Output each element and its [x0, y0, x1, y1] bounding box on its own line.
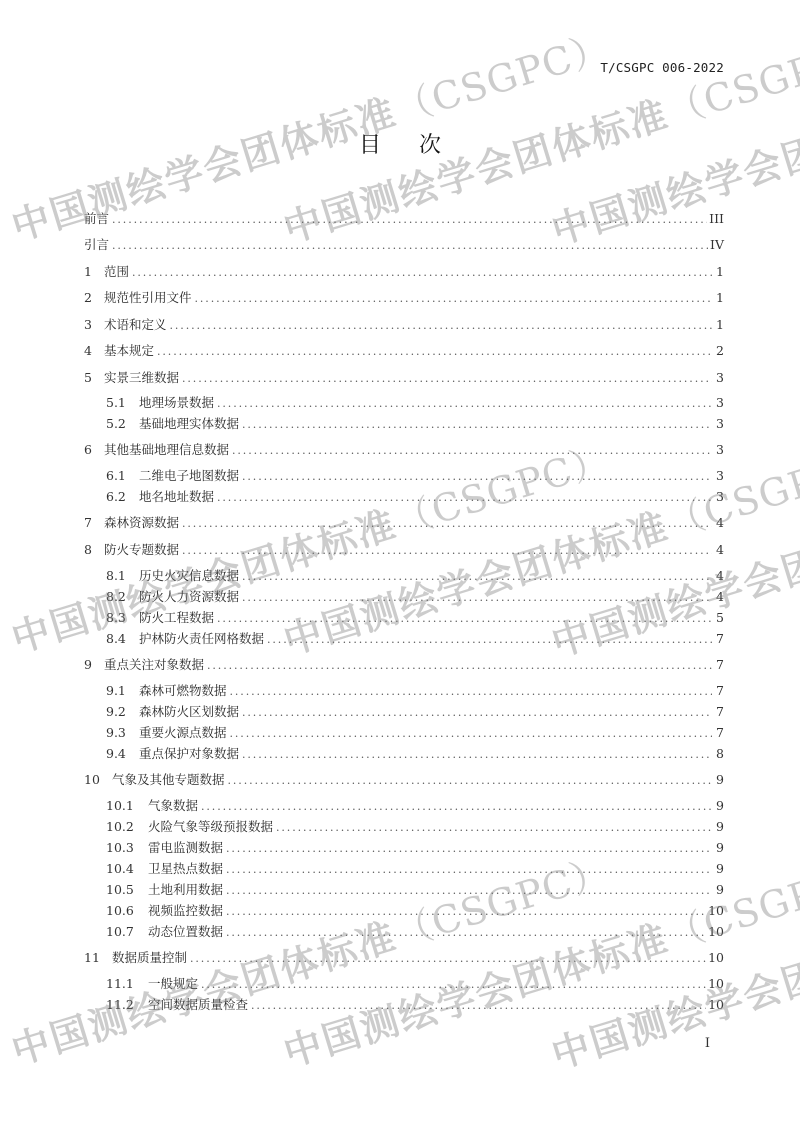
toc-leader-dots: ........................................… — [132, 265, 712, 281]
toc-entry[interactable]: 6.1二维电子地图数据.............................… — [106, 468, 724, 484]
toc-leader-dots: ........................................… — [201, 977, 706, 993]
toc-entry-page: 7 — [714, 631, 724, 647]
toc-leader-dots: ........................................… — [242, 705, 712, 721]
toc-entry[interactable]: 前言......................................… — [84, 211, 724, 227]
toc-entry-label: 二维电子地图数据 — [139, 468, 239, 484]
toc-entry-page: 7 — [714, 725, 724, 741]
toc-entry-label: 基本规定 — [104, 343, 154, 359]
toc-entry-page: 3 — [714, 370, 724, 386]
toc-entry[interactable]: 5实景三维数据.................................… — [84, 370, 724, 386]
toc-entry[interactable]: 5.2基础地理实体数据.............................… — [106, 416, 724, 432]
toc-entry-page: 2 — [714, 343, 724, 359]
toc-leader-dots: ........................................… — [190, 951, 706, 967]
toc-entry-label: 术语和定义 — [104, 317, 167, 333]
toc-entry-label: 气象数据 — [148, 798, 198, 814]
toc-entry-label: 气象及其他专题数据 — [112, 772, 225, 788]
toc-entry-label: 防火专题数据 — [104, 542, 179, 558]
toc-leader-dots: ........................................… — [242, 569, 712, 585]
toc-entry[interactable]: 8防火专题数据.................................… — [84, 542, 724, 558]
toc-entry-page: 7 — [714, 704, 724, 720]
toc-entry-number: 3 — [84, 317, 104, 333]
toc-entry-number: 8.4 — [106, 631, 139, 647]
toc-entry-number: 5 — [84, 370, 104, 386]
toc-entry[interactable]: 10气象及其他专题数据.............................… — [84, 772, 724, 788]
toc-entry[interactable]: 10.2火险气象等级预报数据..........................… — [106, 819, 724, 835]
toc-entry[interactable]: 8.4护林防火责任网格数据...........................… — [106, 631, 724, 647]
toc-leader-dots: ........................................… — [112, 212, 707, 228]
toc-entry-label: 基础地理实体数据 — [139, 416, 239, 432]
toc-entry-number: 10.3 — [106, 840, 148, 856]
toc-entry[interactable]: 8.3防火工程数据...............................… — [106, 610, 724, 626]
toc-entry-page: 8 — [714, 746, 724, 762]
toc-entry-label: 森林防火区划数据 — [139, 704, 239, 720]
toc-entry-number: 10 — [84, 772, 112, 788]
toc-entry-label: 规范性引用文件 — [104, 290, 192, 306]
toc-entry-number: 9.2 — [106, 704, 139, 720]
toc-leader-dots: ........................................… — [242, 590, 712, 606]
toc-entry-page: 4 — [714, 542, 724, 558]
toc-entry[interactable]: 8.2防火人力资源数据.............................… — [106, 589, 724, 605]
toc-entry-label: 防火人力资源数据 — [139, 589, 239, 605]
toc-entry[interactable]: 9.3重要火源点数据..............................… — [106, 725, 724, 741]
toc-entry-number: 10.5 — [106, 882, 148, 898]
toc-entry-number: 4 — [84, 343, 104, 359]
toc-entry-page: 10 — [708, 950, 724, 966]
toc-leader-dots: ........................................… — [242, 747, 712, 763]
toc-entry-page: 10 — [708, 924, 724, 940]
toc-leader-dots: ........................................… — [226, 841, 712, 857]
toc-entry-label: 视频监控数据 — [148, 903, 223, 919]
toc-leader-dots: ........................................… — [217, 611, 712, 627]
toc-leader-dots: ........................................… — [182, 543, 712, 559]
toc-entry-label: 森林可燃物数据 — [139, 683, 227, 699]
toc-entry[interactable]: 8.1历史火灾信息数据.............................… — [106, 568, 724, 584]
toc-entry-page: 7 — [714, 683, 724, 699]
toc-entry-label: 重点关注对象数据 — [104, 657, 204, 673]
toc-entry-page: 10 — [708, 903, 724, 919]
toc-entry-page: 3 — [714, 468, 724, 484]
toc-entry-page: 7 — [714, 657, 724, 673]
toc-entry-page: 1 — [714, 317, 724, 333]
toc-entry[interactable]: 10.1气象数据................................… — [106, 798, 724, 814]
toc-entry[interactable]: 11.1一般规定................................… — [106, 976, 724, 992]
toc-entry-number: 6.2 — [106, 489, 139, 505]
toc-entry-label: 数据质量控制 — [112, 950, 187, 966]
toc-leader-dots: ........................................… — [226, 904, 706, 920]
toc-leader-dots: ........................................… — [207, 658, 712, 674]
toc-entry-page: 9 — [714, 819, 724, 835]
toc-entry-page: 9 — [714, 861, 724, 877]
toc-entry-label: 引言 — [84, 237, 109, 253]
toc-entry[interactable]: 1范围.....................................… — [84, 264, 724, 280]
toc-entry-label: 其他基础地理信息数据 — [104, 442, 229, 458]
page-number: I — [705, 1036, 710, 1051]
toc-entry-page: IV — [710, 237, 724, 253]
toc-entry[interactable]: 11数据质量控制................................… — [84, 950, 724, 966]
toc-entry-page: 3 — [714, 442, 724, 458]
toc-leader-dots: ........................................… — [267, 632, 712, 648]
toc-entry[interactable]: 9.1森林可燃物数据..............................… — [106, 683, 724, 699]
toc-entry[interactable]: 9重点关注对象数据...............................… — [84, 657, 724, 673]
toc-entry-page: 4 — [714, 515, 724, 531]
toc-entry-number: 10.6 — [106, 903, 148, 919]
toc-entry-number: 8 — [84, 542, 104, 558]
toc-leader-dots: ........................................… — [242, 469, 712, 485]
toc-entry-page: 5 — [714, 610, 724, 626]
toc-entry[interactable]: 5.1地理场景数据...............................… — [106, 395, 724, 411]
toc-entry-label: 前言 — [84, 211, 109, 227]
toc-entry-label: 森林资源数据 — [104, 515, 179, 531]
toc-leader-dots: ........................................… — [228, 773, 712, 789]
toc-entry[interactable]: 10.7动态位置数据..............................… — [106, 924, 724, 940]
toc-entry-number: 10.2 — [106, 819, 148, 835]
toc-leader-dots: ........................................… — [230, 684, 712, 700]
toc-leader-dots: ........................................… — [195, 291, 712, 307]
toc-entry-page: 9 — [714, 772, 724, 788]
toc-entry[interactable]: 7森林资源数据.................................… — [84, 515, 724, 531]
toc-entry-number: 9.3 — [106, 725, 139, 741]
toc-leader-dots: ........................................… — [170, 318, 712, 334]
toc-entry-label: 火险气象等级预报数据 — [148, 819, 273, 835]
toc-leader-dots: ........................................… — [276, 820, 712, 836]
toc-leader-dots: ........................................… — [182, 516, 712, 532]
toc-entry-number: 10.4 — [106, 861, 148, 877]
toc-entry-page: 10 — [708, 976, 724, 992]
toc-entry-page: 10 — [708, 997, 724, 1013]
toc-leader-dots: ........................................… — [226, 883, 712, 899]
toc-leader-dots: ........................................… — [232, 443, 712, 459]
toc-entry-label: 实景三维数据 — [104, 370, 179, 386]
toc-entry-number: 5.2 — [106, 416, 139, 432]
toc-entry[interactable]: 10.6视频监控数据..............................… — [106, 903, 724, 919]
toc-entry[interactable]: 10.4卫星热点数据..............................… — [106, 861, 724, 877]
toc-entry[interactable]: 3术语和定义..................................… — [84, 317, 724, 333]
toc-entry[interactable]: 9.4重点保护对象数据.............................… — [106, 746, 724, 762]
toc-entry-page: III — [709, 211, 724, 227]
toc-entry-number: 9.4 — [106, 746, 139, 762]
toc-leader-dots: ........................................… — [112, 238, 708, 254]
toc-entry-page: 1 — [714, 290, 724, 306]
toc-entry-label: 地名地址数据 — [139, 489, 214, 505]
toc-leader-dots: ........................................… — [226, 925, 706, 941]
toc-entry[interactable]: 6.2地名地址数据...............................… — [106, 489, 724, 505]
toc-entry-page: 3 — [714, 416, 724, 432]
toc-entry-page: 3 — [714, 395, 724, 411]
toc-entry-label: 护林防火责任网格数据 — [139, 631, 264, 647]
toc-entry-number: 9.1 — [106, 683, 139, 699]
toc-entry-label: 历史火灾信息数据 — [139, 568, 239, 584]
toc-entry-number: 11 — [84, 950, 112, 966]
toc-entry-label: 重要火源点数据 — [139, 725, 227, 741]
toc-entry-number: 9 — [84, 657, 104, 673]
toc-entry-number: 8.3 — [106, 610, 139, 626]
toc-entry-label: 地理场景数据 — [139, 395, 214, 411]
toc-entry-number: 10.1 — [106, 798, 148, 814]
toc-leader-dots: ........................................… — [217, 490, 712, 506]
table-of-contents: 前言......................................… — [0, 0, 800, 1131]
toc-entry[interactable]: 2规范性引用文件................................… — [84, 290, 724, 306]
toc-leader-dots: ........................................… — [230, 726, 712, 742]
toc-entry-page: 4 — [714, 589, 724, 605]
toc-entry-label: 一般规定 — [148, 976, 198, 992]
toc-entry-label: 空间数据质量检查 — [148, 997, 248, 1013]
toc-leader-dots: ........................................… — [251, 998, 706, 1014]
toc-entry-number: 11.1 — [106, 976, 148, 992]
toc-entry-label: 重点保护对象数据 — [139, 746, 239, 762]
toc-entry-label: 雷电监测数据 — [148, 840, 223, 856]
toc-entry-label: 动态位置数据 — [148, 924, 223, 940]
toc-entry-number: 2 — [84, 290, 104, 306]
toc-leader-dots: ........................................… — [226, 862, 712, 878]
toc-entry-label: 土地利用数据 — [148, 882, 223, 898]
toc-entry-label: 范围 — [104, 264, 129, 280]
toc-entry-number: 6.1 — [106, 468, 139, 484]
toc-entry[interactable]: 10.3雷电监测数据..............................… — [106, 840, 724, 856]
toc-entry-number: 6 — [84, 442, 104, 458]
toc-entry[interactable]: 4基本规定...................................… — [84, 343, 724, 359]
toc-entry[interactable]: 6其他基础地理信息数据.............................… — [84, 442, 724, 458]
toc-entry-label: 防火工程数据 — [139, 610, 214, 626]
toc-entry-page: 9 — [714, 840, 724, 856]
toc-entry-page: 3 — [714, 489, 724, 505]
toc-entry[interactable]: 10.5土地利用数据..............................… — [106, 882, 724, 898]
toc-entry-number: 11.2 — [106, 997, 148, 1013]
toc-leader-dots: ........................................… — [182, 371, 712, 387]
toc-entry-page: 9 — [714, 882, 724, 898]
toc-entry-number: 7 — [84, 515, 104, 531]
toc-entry-number: 1 — [84, 264, 104, 280]
toc-entry-number: 8.1 — [106, 568, 139, 584]
toc-entry-label: 卫星热点数据 — [148, 861, 223, 877]
toc-entry-number: 5.1 — [106, 395, 139, 411]
toc-leader-dots: ........................................… — [157, 344, 712, 360]
toc-entry-number: 10.7 — [106, 924, 148, 940]
toc-leader-dots: ........................................… — [217, 396, 712, 412]
toc-entry[interactable]: 9.2森林防火区划数据.............................… — [106, 704, 724, 720]
toc-leader-dots: ........................................… — [242, 417, 712, 433]
toc-entry-number: 8.2 — [106, 589, 139, 605]
toc-entry[interactable]: 11.2空间数据质量检查............................… — [106, 997, 724, 1013]
toc-leader-dots: ........................................… — [201, 799, 712, 815]
toc-entry-page: 4 — [714, 568, 724, 584]
toc-entry[interactable]: 引言......................................… — [84, 237, 724, 253]
toc-entry-page: 1 — [714, 264, 724, 280]
toc-entry-page: 9 — [714, 798, 724, 814]
